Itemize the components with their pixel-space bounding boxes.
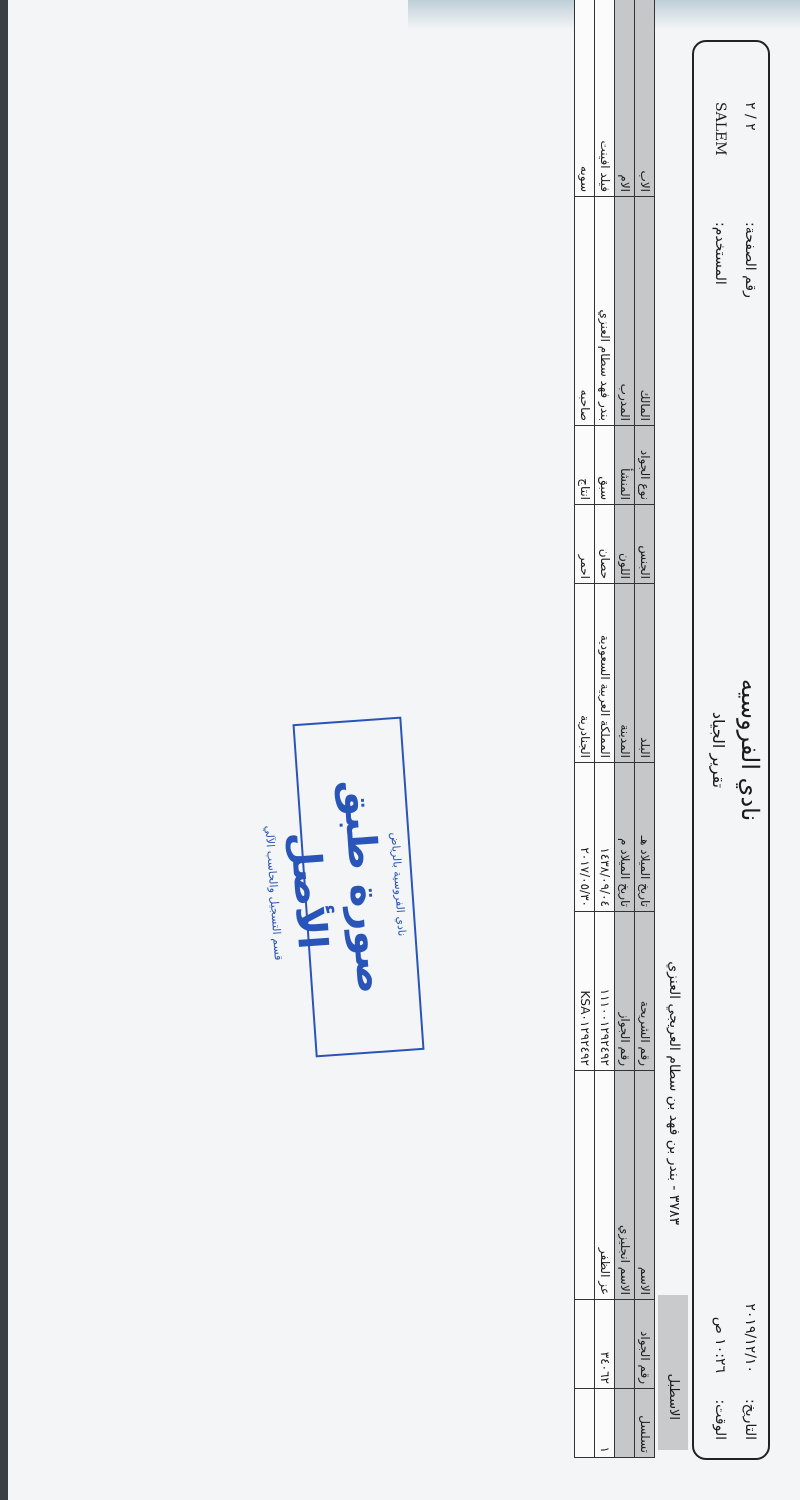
column-subheader: المدرب (615, 197, 635, 426)
table-cell: ١١١٠٠١٢٩٢٤٩٢ (595, 912, 615, 1071)
column-subheader: المنشأ (615, 426, 635, 505)
stable-label: الاسطبل (658, 1295, 688, 1450)
table-cell: الجنادرية (575, 584, 595, 763)
column-header: رقم الشريحة (635, 912, 655, 1071)
table-header-row: تسلسلرقم الجوادالاسمرقم الشريحةتاريخ الم… (635, 0, 655, 1458)
certified-copy-stamp: نادي الفروسية بالرياض صورة طبق الأصل قسم… (292, 717, 424, 1058)
table-cell: انتاج (575, 426, 595, 505)
column-header: تاريخ الميلاد هـ (635, 763, 655, 912)
column-header: الاب (635, 0, 655, 197)
table-cell: المملكة العربية السعودية (595, 584, 615, 763)
stamp-main: صورة طبق الأصل (269, 720, 404, 1057)
table-cell: حصان (595, 505, 615, 584)
table-cell: ١ (595, 1389, 615, 1458)
user-value: SALEM (712, 102, 728, 156)
table-cell: فيلد افينت (595, 0, 615, 197)
column-subheader: تاريخ الميلاد م (615, 763, 635, 912)
table-cell (575, 1071, 595, 1300)
report-header: التاريخ: ٢٠١٩/١٢/١٠ الوقت: ١٠:٢٦ ص نادي … (692, 40, 770, 1460)
stable-owner: ٣٧٨٣ - بندر بن فهد بن سطام العريجي العنز… (666, 961, 682, 1225)
column-header: نوع الجواد (635, 426, 655, 505)
column-subheader: الاسم انجليزي (615, 1071, 635, 1300)
column-subheader: رقم الجواز (615, 912, 635, 1071)
scanned-page: التاريخ: ٢٠١٩/١٢/١٠ الوقت: ١٠:٢٦ ص نادي … (8, 0, 800, 1500)
column-header: رقم الجواد (635, 1300, 655, 1389)
column-header: تسلسل (635, 1389, 655, 1458)
column-subheader: اللون (615, 505, 635, 584)
table-cell: ٣٤٠٦٢ (595, 1300, 615, 1389)
column-header: الجنس (635, 505, 655, 584)
table-cell: ١٤٣٨/٠٩/٠٤ (595, 763, 615, 912)
table-cell: بندر فهد سطام العنزي (595, 197, 615, 426)
rotated-document: التاريخ: ٢٠١٩/١٢/١٠ الوقت: ١٠:٢٦ ص نادي … (8, 0, 800, 1500)
horses-table: تسلسلرقم الجوادالاسمرقم الشريحةتاريخ الم… (574, 0, 655, 1458)
table-header-row: الاسم انجليزيرقم الجوازتاريخ الميلاد مال… (615, 0, 635, 1458)
table-cell (575, 1389, 595, 1458)
page-value: ٢ / ٢ (742, 102, 758, 131)
column-header: البلد (635, 584, 655, 763)
column-header: المالك (635, 197, 655, 426)
table-row: KSA٠١٢٩٢٤٩٢٢٠١٧/٠٥/٣٠الجنادريةاحمرانتاجص… (575, 0, 595, 1458)
table-row: ١٣٤٠٦٢عز الظفر١١١٠٠١٢٩٢٤٩٢١٤٣٨/٠٩/٠٤المم… (595, 0, 615, 1458)
table-cell: صاحبه (575, 197, 595, 426)
column-subheader (615, 1300, 635, 1389)
column-subheader: الام (615, 0, 635, 197)
table-cell (575, 1300, 595, 1389)
column-subheader (615, 1389, 635, 1458)
table-cell: ٢٠١٧/٠٥/٣٠ (575, 763, 595, 912)
table-cell: عز الظفر (595, 1071, 615, 1300)
table-cell: سبق (595, 426, 615, 505)
table-cell: KSA٠١٢٩٢٤٩٢ (575, 912, 595, 1071)
page-label: رقم الصفحة: (742, 222, 758, 298)
column-header: الاسم (635, 1071, 655, 1300)
column-subheader: المدينة (615, 584, 635, 763)
table-cell: سوبه (575, 0, 595, 197)
table-cell: احمر (575, 505, 595, 584)
user-label: المستخدم: (712, 222, 728, 285)
